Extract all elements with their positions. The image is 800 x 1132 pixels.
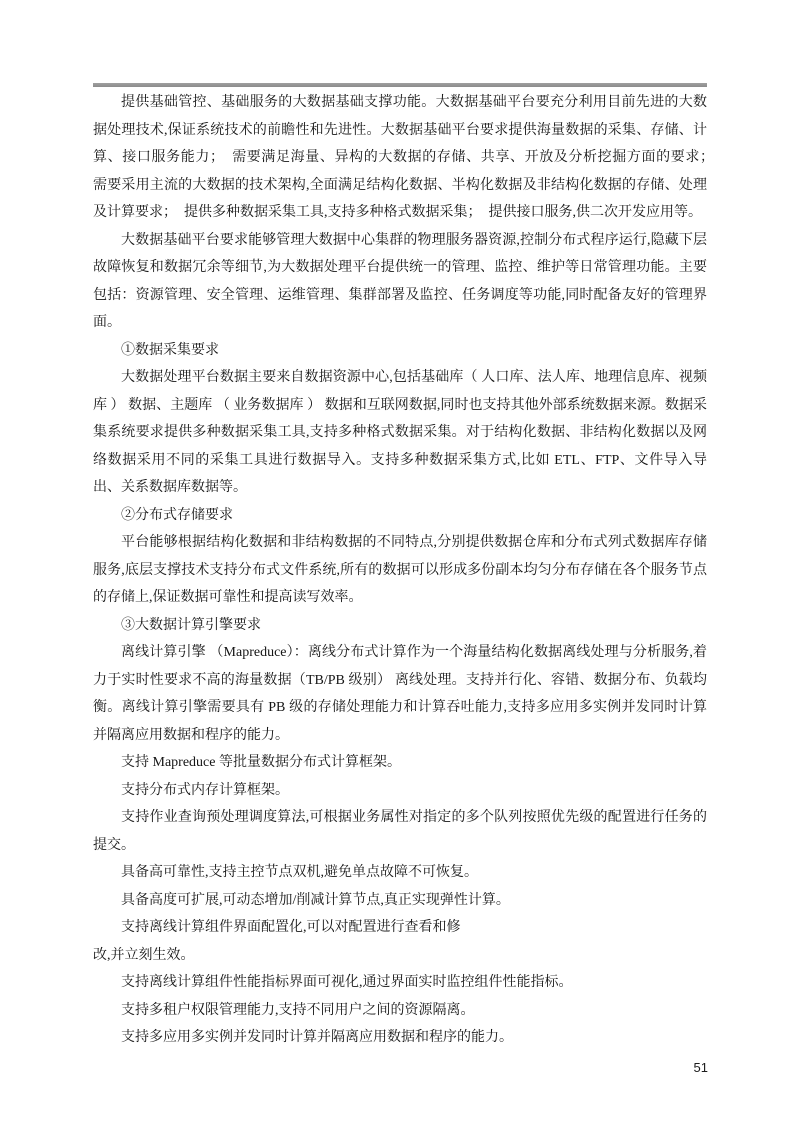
paragraph: 支持分布式内存计算框架。 bbox=[93, 777, 707, 805]
paragraph: 具备高度可扩展,可动态增加/削减计算节点,真正实现弹性计算。 bbox=[93, 887, 707, 915]
page-number-label: 51 bbox=[694, 1060, 708, 1075]
document-body: 提供基础管控、基础服务的大数据基础支撑功能。大数据基础平台要充分利用目前先进的大… bbox=[93, 89, 707, 1052]
paragraph: 大数据处理平台数据主要来自数据资源中心,包括基础库（ 人口库、法人库、地理信息库… bbox=[93, 364, 707, 502]
paragraph: 支持多应用多实例并发同时计算并隔离应用数据和程序的能力。 bbox=[93, 1024, 707, 1052]
paragraph: 支持 Mapreduce 等批量数据分布式计算框架。 bbox=[93, 749, 707, 777]
paragraph: 支持多租户权限管理能力,支持不同用户之间的资源隔离。 bbox=[93, 997, 707, 1025]
paragraph: 具备高可靠性,支持主控节点双机,避免单点故障不可恢复。 bbox=[93, 859, 707, 887]
numbered-heading: ③大数据计算引擎要求 bbox=[93, 612, 707, 640]
numbered-heading: ①数据采集要求 bbox=[93, 337, 707, 365]
paragraph: 大数据基础平台要求能够管理大数据中心集群的物理服务器资源,控制分布式程序运行,隐… bbox=[93, 227, 707, 337]
numbered-heading: ②分布式存储要求 bbox=[93, 502, 707, 530]
paragraph: 提供基础管控、基础服务的大数据基础支撑功能。大数据基础平台要充分利用目前先进的大… bbox=[93, 89, 707, 227]
paragraph: 支持离线计算组件界面配置化,可以对配置进行查看和修 bbox=[93, 914, 707, 942]
paragraph: 支持离线计算组件性能指标界面可视化,通过界面实时监控组件性能指标。 bbox=[93, 969, 707, 997]
paragraph: 离线计算引擎 （Mapreduce）：离线分布式计算作为一个海量结构化数据离线处… bbox=[93, 639, 707, 749]
document-page: 提供基础管控、基础服务的大数据基础支撑功能。大数据基础平台要充分利用目前先进的大… bbox=[0, 0, 800, 1132]
paragraph: 平台能够根据结构化数据和非结构数据的不同特点,分别提供数据仓库和分布式列式数据库… bbox=[93, 529, 707, 612]
paragraph: 改,并立刻生效。 bbox=[93, 942, 707, 970]
paragraph: 支持作业查询预处理调度算法,可根据业务属性对指定的多个队列按照优先级的配置进行任… bbox=[93, 804, 707, 859]
header-rule bbox=[93, 83, 707, 87]
